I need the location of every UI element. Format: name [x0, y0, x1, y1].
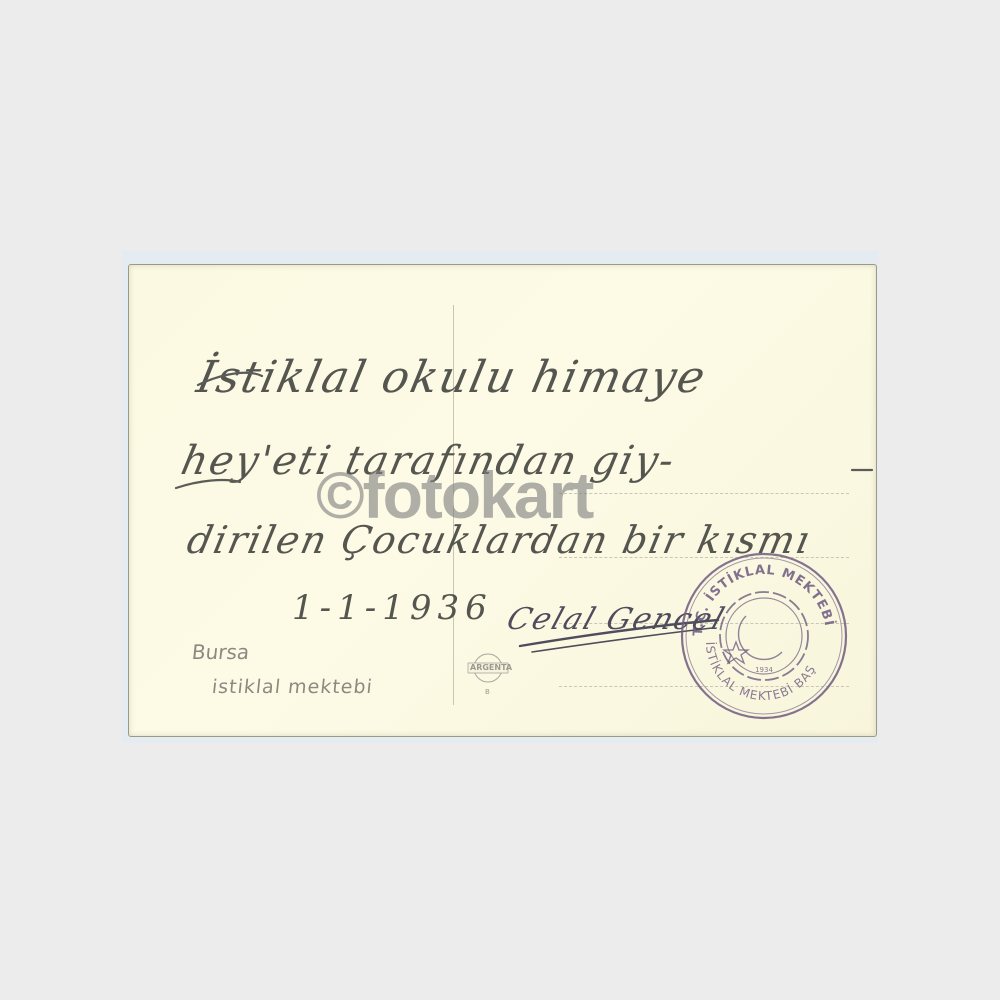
watermark: ©fotokart [316, 462, 592, 528]
pencil-note-school: istiklal mektebi [211, 676, 374, 698]
pencil-note-city: Bursa [191, 640, 251, 664]
svg-text:T.C. İSTİKLAL MEKTEBİ: T.C. İSTİKLAL MEKTEBİ [691, 563, 837, 636]
handwritten-date: 1-1-1936 [292, 588, 493, 628]
printer-logo-label: ARGENTA [470, 663, 512, 672]
address-line [559, 493, 849, 494]
handwritten-line-1: İstiklal okulu himaye [193, 352, 712, 403]
printer-mark: B [485, 688, 490, 696]
school-stamp: T.C. İSTİKLAL MEKTEBİ İSTİKLAL MEKTEBİ B… [676, 550, 852, 722]
svg-text:1934: 1934 [755, 666, 773, 674]
